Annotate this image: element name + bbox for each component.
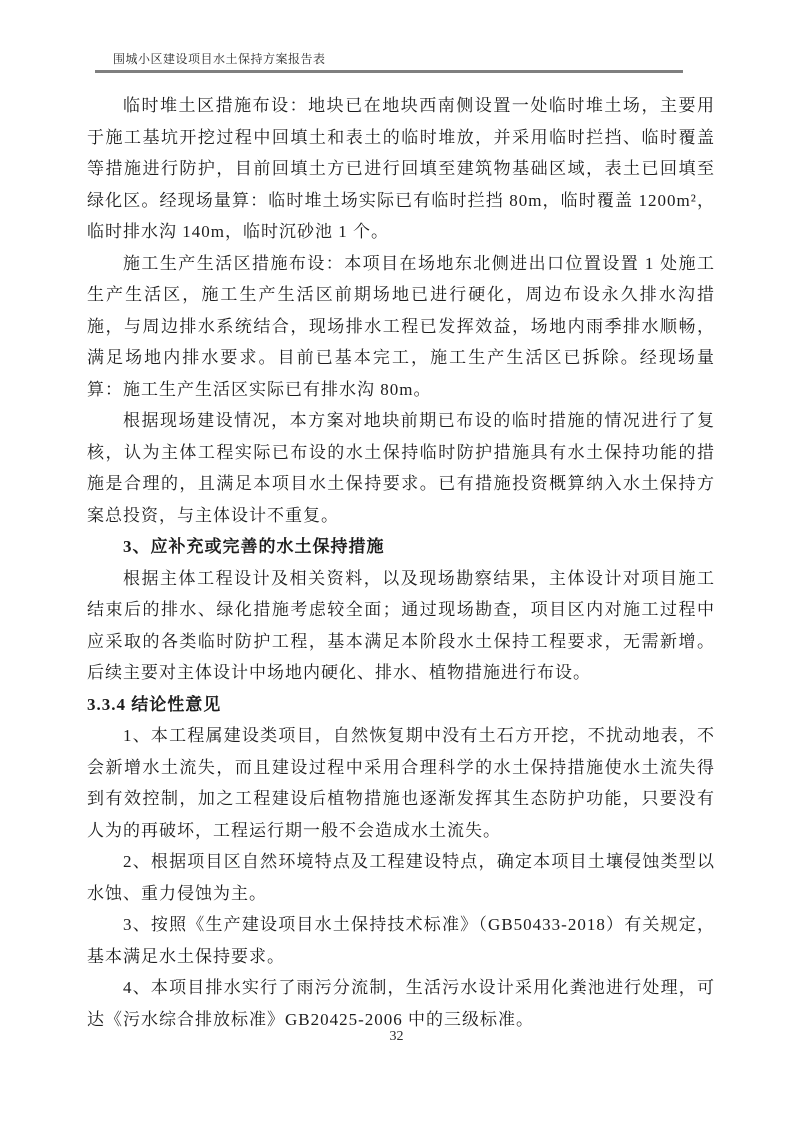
heading-conclusive-opinions: 3.3.4 结论性意见 <box>87 689 715 721</box>
paragraph-onsite-review: 根据现场建设情况，本方案对地块前期已布设的临时措施的情况进行了复核，认为主体工程… <box>87 405 715 531</box>
paragraph-construction-living-area: 施工生产生活区措施布设：本项目在场地东北侧进出口位置设置 1 处施工生产生活区，… <box>87 248 715 406</box>
page-header: 围城小区建设项目水土保持方案报告表 <box>95 50 683 73</box>
paragraph-conclusion-1: 1、本工程属建设类项目，自然恢复期中没有土石方开挖，不扰动地表，不会新增水土流失… <box>87 720 715 846</box>
page-footer: 32 <box>0 1027 793 1045</box>
page-number: 32 <box>390 1029 404 1044</box>
header-title: 围城小区建设项目水土保持方案报告表 <box>95 50 683 67</box>
paragraph-conclusion-4: 4、本项目排水实行了雨污分流制，生活污水设计采用化粪池进行处理，可达《污水综合排… <box>87 972 715 1035</box>
paragraph-conclusion-2: 2、根据项目区自然环境特点及工程建设特点，确定本项目土壤侵蚀类型以水蚀、重力侵蚀… <box>87 846 715 909</box>
paragraph-main-design-review: 根据主体工程设计及相关资料，以及现场勘察结果，主体设计对项目施工结束后的排水、绿… <box>87 563 715 689</box>
paragraph-conclusion-3: 3、按照《生产建设项目水土保持技术标准》（GB50433-2018）有关规定，基… <box>87 909 715 972</box>
paragraph-temporary-soil-stockpile: 临时堆土区措施布设：地块已在地块西南侧设置一处临时堆土场，主要用于施工基坑开挖过… <box>87 90 715 248</box>
heading-supplementary-measures: 3、应补充或完善的水土保持措施 <box>87 531 715 563</box>
document-body: 临时堆土区措施布设：地块已在地块西南侧设置一处临时堆土场，主要用于施工基坑开挖过… <box>87 90 715 1035</box>
document-page: 围城小区建设项目水土保持方案报告表 临时堆土区措施布设：地块已在地块西南侧设置一… <box>0 0 793 1122</box>
